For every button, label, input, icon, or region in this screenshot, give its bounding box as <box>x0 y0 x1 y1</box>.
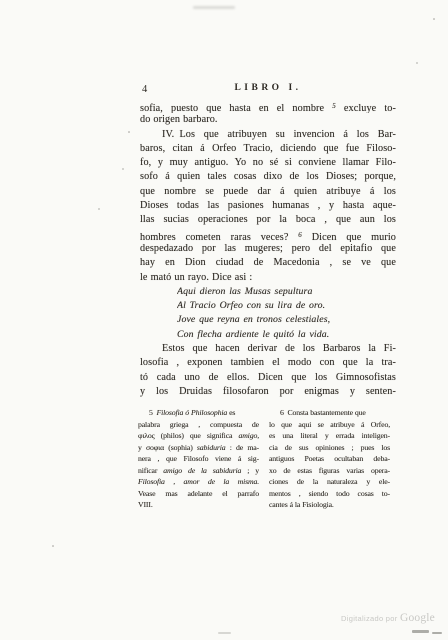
page-edge-mark <box>432 632 442 634</box>
scan-speck <box>52 545 54 547</box>
scan-speck <box>128 131 130 133</box>
google-logo-text: Google <box>400 612 435 624</box>
text-line: xo de estas figuras varias opera- <box>269 465 390 477</box>
text-line: Con flecha ardiente le quitó la vida. <box>177 328 396 342</box>
running-title: LIBRO I. <box>140 83 396 93</box>
text-line: mentos , siendo todo cosas to- <box>269 488 390 500</box>
text-line: sofo á quien tales cosas dixo de los Dio… <box>140 170 396 184</box>
text-line: llas sucias operaciones por la boca , qu… <box>140 213 396 227</box>
footnote-column-right: 6 Consta bastantemente quelo que aqui se… <box>269 407 390 511</box>
body-text: sofia, puesto que hasta en el nombre 5 e… <box>140 99 396 399</box>
page-header: 4 LIBRO I. <box>140 83 396 97</box>
text-line: y σοφια (sophia) sabiduria : de ma- <box>138 442 259 454</box>
scan-speck <box>122 168 124 170</box>
text-line: ciones de la naturaleza y ele- <box>269 476 390 488</box>
footnote-column-left: 5 Filosofia ó Philosophia espalabra grie… <box>138 407 259 511</box>
text-line: IV. Los que atribuyen su invencion á los… <box>140 128 396 142</box>
text-line: do origen barbaro. <box>140 113 396 127</box>
text-line: Dioses todas las pasiones humanas , y ha… <box>140 199 396 213</box>
text-line: Jove que reyna en tronos celestiales, <box>177 313 396 327</box>
text-line: losofia , exponen tambien el modo con qu… <box>140 356 396 370</box>
page-edge-mark <box>218 632 231 634</box>
text-line: VIII. <box>138 499 259 511</box>
text-line: 5 Filosofia ó Philosophia es <box>138 407 259 419</box>
text-line: Vease mas adelante el parrafo <box>138 488 259 500</box>
text-line: palabra griega , compuesta de <box>138 419 259 431</box>
text-line: que nombre se puede dar á quien atribuye… <box>140 185 396 199</box>
text-line: 6 Consta bastantemente que <box>269 407 390 419</box>
text-line: lo que aqui se atribuye á Orfeo, <box>269 419 390 431</box>
text-line: Aqui dieron las Musas sepultura <box>177 285 396 299</box>
watermark-text: Digitalizado por <box>341 614 400 623</box>
text-line: y los Druidas filosofaron por enigmas y … <box>140 385 396 399</box>
scan-speck <box>345 206 347 208</box>
footnotes: 5 Filosofia ó Philosophia espalabra grie… <box>138 407 390 511</box>
text-line: fo, y muy antiguo. Yo no sé si conviene … <box>140 156 396 170</box>
scan-speck <box>433 18 435 20</box>
text-line: cia de sus opiniones ; pues los <box>269 442 390 454</box>
scanned-book-page: 4 LIBRO I. sofia, puesto que hasta en el… <box>0 0 448 640</box>
text-line: despedazado por las mugeres; pero del ep… <box>140 242 396 256</box>
text-line: cantes á la Fisiologia. <box>269 499 390 511</box>
text-line: es una literal y errada inteligen- <box>269 430 390 442</box>
text-line: baros, citan á Orfeo Tracio, diciendo qu… <box>140 142 396 156</box>
scan-speck <box>416 62 418 64</box>
text-line: hombres cometen raras veces? 6 Dicen que… <box>140 228 396 242</box>
scan-smudge <box>193 6 235 9</box>
text-line: tó cada uno de ellos. Dicen que los Gimn… <box>140 371 396 385</box>
text-line: le mató un rayo. Dice asi : <box>140 271 396 285</box>
text-line: nificar amigo de la sabiduria ; y <box>138 465 259 477</box>
text-line: sofia, puesto que hasta en el nombre 5 e… <box>140 99 396 113</box>
scan-speck <box>98 208 100 210</box>
text-line: nera , que Filosofo viene á sig- <box>138 453 259 465</box>
text-line: Filosofia , amor de la misma. <box>138 476 259 488</box>
text-line: antiguos Poetas ocultaban deba- <box>269 453 390 465</box>
page-edge-mark <box>412 630 429 633</box>
google-watermark: Digitalizado por Google <box>341 608 435 626</box>
text-line: φιλος (philos) que significa amigo, <box>138 430 259 442</box>
text-line: hay en Dion ciudad de Macedonia , se ve … <box>140 256 396 270</box>
text-line: Al Tracio Orfeo con su lira de oro. <box>177 299 396 313</box>
text-line: Estos que hacen derivar de los Barbaros … <box>140 342 396 356</box>
